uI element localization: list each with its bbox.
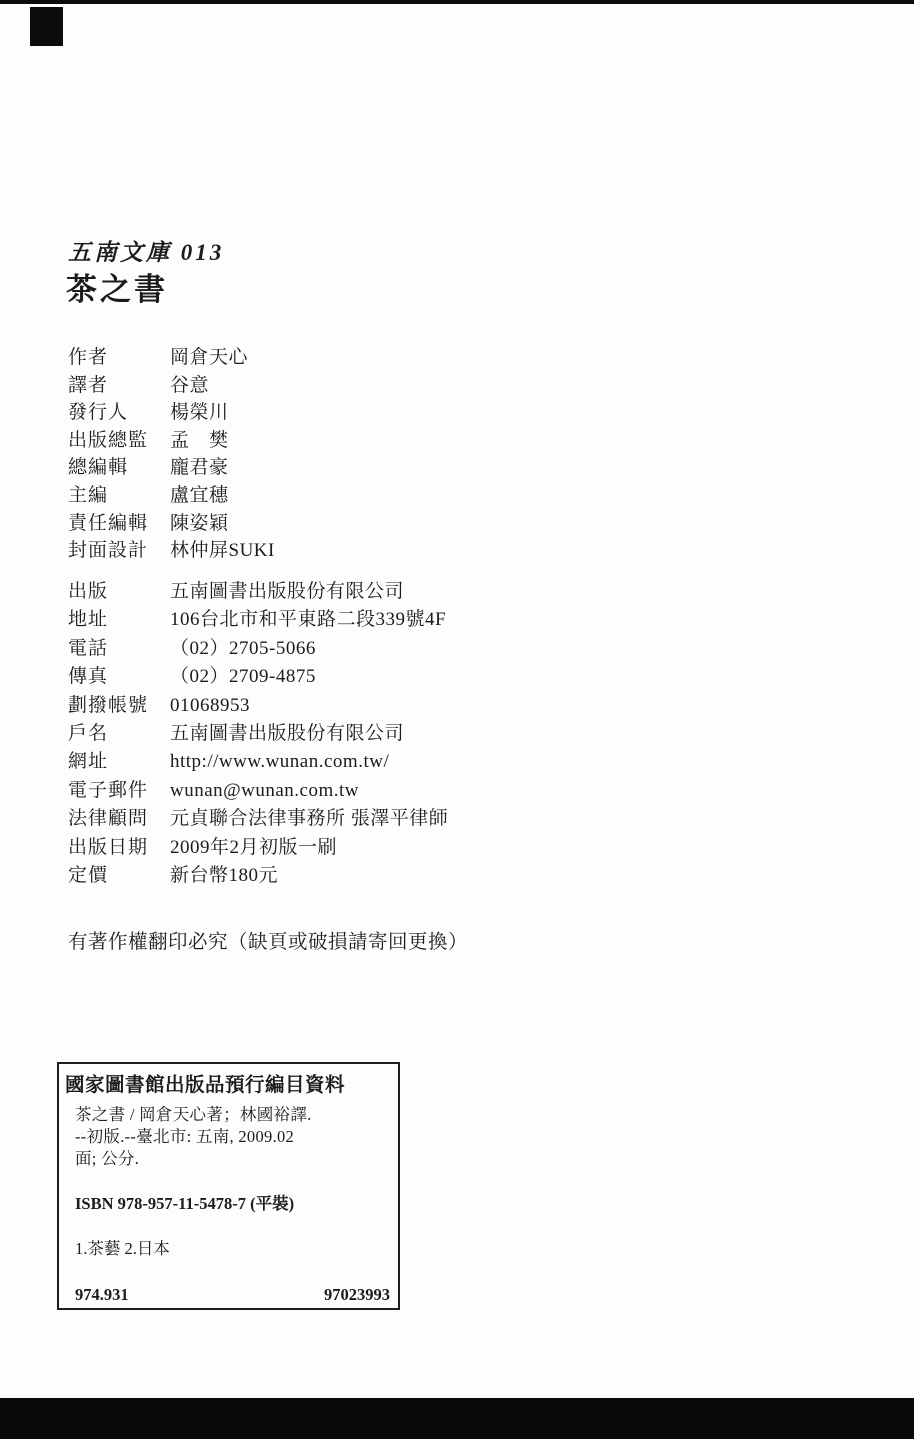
credit-label: 主編 xyxy=(68,480,170,507)
publication-value: 五南圖書出版股份有限公司 xyxy=(170,718,568,745)
publication-row: 出版日期 2009年2月初版一刷 xyxy=(68,832,568,860)
credit-value: 盧宜穗 xyxy=(170,480,568,507)
credit-row: 發行人 楊榮川 xyxy=(68,397,568,425)
credit-label: 責任編輯 xyxy=(68,508,170,535)
publication-label: 定價 xyxy=(68,860,170,887)
publication-value: （02）2709-4875 xyxy=(170,661,568,688)
publication-label: 電話 xyxy=(68,633,170,660)
publication-row: 地址 106台北市和平東路二段339號4F xyxy=(68,604,568,632)
cip-subjects: 1.茶藝 2.日本 xyxy=(75,1235,170,1259)
book-title: 茶之書 xyxy=(66,264,168,309)
publication-row: 劃撥帳號 01068953 xyxy=(68,690,568,718)
credit-row: 總編輯 龐君豪 xyxy=(68,452,568,480)
credit-row: 出版總監 孟 樊 xyxy=(68,425,568,453)
credit-value: 龐君豪 xyxy=(170,452,568,479)
publication-label: 網址 xyxy=(68,746,170,773)
credit-label: 發行人 xyxy=(68,397,170,424)
series-label: 五南文庫 013 xyxy=(68,234,224,267)
publication-row: 定價 新台幣180元 xyxy=(68,860,568,888)
publication-value: 2009年2月初版一刷 xyxy=(170,832,568,859)
cip-header: 國家圖書館出版品預行編目資料 xyxy=(65,1069,345,1097)
cip-box: 國家圖書館出版品預行編目資料 茶之書 / 岡倉天心著；林國裕譯. --初版.--… xyxy=(57,1062,400,1310)
credit-value: 岡倉天心 xyxy=(170,342,568,369)
publication-value: （02）2705-5066 xyxy=(170,633,568,660)
publication-list: 出版 五南圖書出版股份有限公司 地址 106台北市和平東路二段339號4F 電話… xyxy=(68,576,568,888)
credit-label: 總編輯 xyxy=(68,452,170,479)
credits-list: 作者 岡倉天心 譯者 谷意 發行人 楊榮川 出版總監 孟 樊 總編輯 龐君豪 主… xyxy=(68,342,568,563)
publication-label: 出版日期 xyxy=(68,832,170,859)
scan-bottom-bar xyxy=(0,1398,914,1439)
publication-label: 法律顧問 xyxy=(68,803,170,830)
publication-value: 01068953 xyxy=(170,695,568,717)
publication-label: 傳真 xyxy=(68,661,170,688)
cip-format-line: 面; 公分. xyxy=(75,1145,139,1169)
credit-value: 楊榮川 xyxy=(170,397,568,424)
publication-row: 傳真 （02）2709-4875 xyxy=(68,661,568,689)
credit-row: 作者 岡倉天心 xyxy=(68,342,568,370)
cip-record-number: 97023993 xyxy=(324,1285,390,1305)
publication-row: 網址 http://www.wunan.com.tw/ xyxy=(68,746,568,774)
credit-label: 作者 xyxy=(68,342,170,369)
credit-label: 封面設計 xyxy=(68,535,170,562)
publication-label: 地址 xyxy=(68,604,170,631)
credit-row: 主編 盧宜穗 xyxy=(68,480,568,508)
publication-row: 電子郵件 wunan@wunan.com.tw xyxy=(68,775,568,803)
copyright-notice: 有著作權翻印必究（缺頁或破損請寄回更換） xyxy=(68,926,468,954)
publication-value: 新台幣180元 xyxy=(170,860,568,887)
credit-label: 出版總監 xyxy=(68,425,170,452)
credit-row: 譯者 谷意 xyxy=(68,370,568,398)
publication-value: wunan@wunan.com.tw xyxy=(170,780,568,802)
publication-value: 元貞聯合法律事務所 張澤平律師 xyxy=(170,803,568,830)
publication-row: 電話 （02）2705-5066 xyxy=(68,633,568,661)
publication-row: 戶名 五南圖書出版股份有限公司 xyxy=(68,718,568,746)
book-colophon-page: { "colors": { "ink": "#1b1b1b", "backgro… xyxy=(0,0,914,1439)
credit-label: 譯者 xyxy=(68,370,170,397)
credit-value: 孟 樊 xyxy=(170,425,568,452)
cip-class-number: 974.931 xyxy=(75,1285,129,1305)
publication-label: 劃撥帳號 xyxy=(68,690,170,717)
credit-value: 林仲屏SUKI xyxy=(170,535,568,562)
publication-value: 五南圖書出版股份有限公司 xyxy=(170,576,568,603)
credit-value: 谷意 xyxy=(170,370,568,397)
publication-value: http://www.wunan.com.tw/ xyxy=(170,751,568,773)
publication-label: 電子郵件 xyxy=(68,775,170,802)
credit-row: 封面設計 林仲屏SUKI xyxy=(68,535,568,563)
publication-row: 出版 五南圖書出版股份有限公司 xyxy=(68,576,568,604)
scan-top-edge-line xyxy=(0,0,914,4)
cip-isbn: ISBN 978-957-11-5478-7 (平裝) xyxy=(75,1190,294,1214)
publication-label: 戶名 xyxy=(68,718,170,745)
cip-title-line: 茶之書 / 岡倉天心著；林國裕譯. xyxy=(75,1101,312,1125)
scan-corner-mark xyxy=(30,7,63,46)
credit-value: 陳姿穎 xyxy=(170,508,568,535)
credit-row: 責任編輯 陳姿穎 xyxy=(68,508,568,536)
cip-edition-line: --初版.--臺北市: 五南, 2009.02 xyxy=(75,1123,294,1147)
publication-value: 106台北市和平東路二段339號4F xyxy=(170,604,568,631)
publication-label: 出版 xyxy=(68,576,170,603)
publication-row: 法律顧問 元貞聯合法律事務所 張澤平律師 xyxy=(68,803,568,831)
